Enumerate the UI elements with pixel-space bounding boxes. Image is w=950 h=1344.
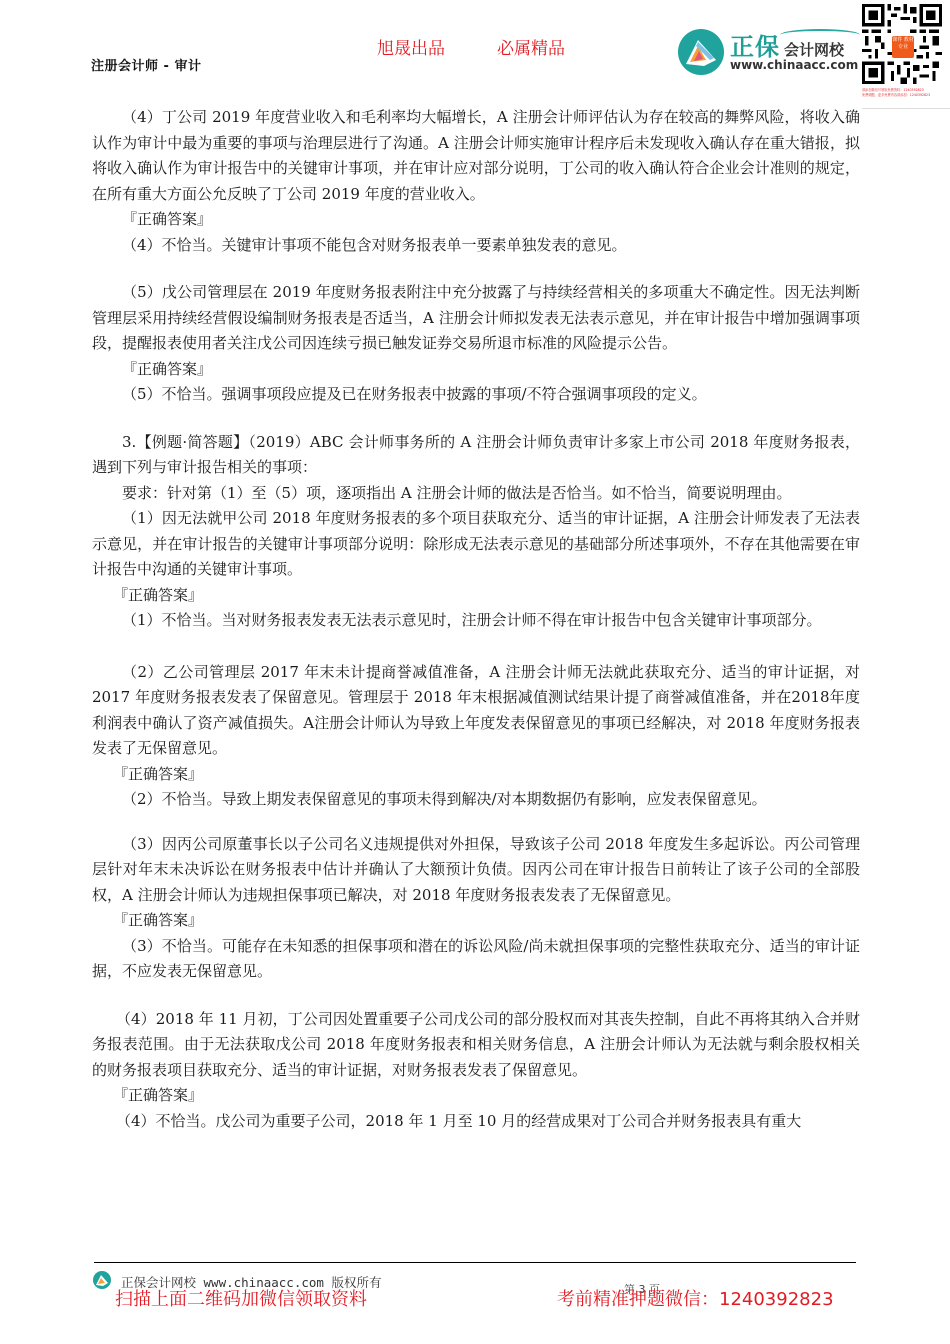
answer-text: （3）不恰当。可能存在未知悉的担保事项和潜在的诉讼风险/尚未就担保事项的完整性获… (92, 934, 860, 985)
question-text: （4）丁公司 2019 年度营业收入和毛利率均大幅增长，A 注册会计师评估认为存… (92, 105, 860, 207)
question-text: （2）乙公司管理层 2017 年末未计提商誉减值准备，A 注册会计师无法就此获取… (92, 660, 860, 762)
footer-logo-icon (93, 1271, 111, 1289)
question-text: （5）戊公司管理层在 2019 年度财务报表附注中充分披露了与持续经营相关的多项… (92, 280, 860, 357)
footer-promo-right: 考前精准押题微信：1240392823 (557, 1285, 834, 1311)
answer-text: （2）不恰当。导致上期发表保留意见的事项未得到解决/对本期数据仍有影响，应发表保… (92, 787, 860, 813)
answer-text: （4）不恰当。戊公司为重要子公司，2018 年 1 月至 10 月的经营成果对丁… (92, 1109, 860, 1135)
spacer (92, 985, 860, 1007)
footer-divider (94, 1262, 856, 1263)
answer-label: 『正确答案』 (92, 207, 860, 233)
footer-promo-left: 扫描上面二维码加微信领取资料 (115, 1285, 367, 1311)
brand-name-big: 正保 (730, 33, 780, 61)
answer-label: 『正确答案』 (92, 1083, 860, 1109)
answer-label: 『正确答案』 (92, 357, 860, 383)
example-title: 3.【例题·简答题】（2019）ABC 会计师事务所的 A 注册会计师负责审计多… (92, 430, 860, 481)
spacer (92, 258, 860, 280)
header-slogan-right: 必属精品 (497, 34, 565, 59)
answer-text: （4）不恰当。关键审计事项不能包含对财务报表单一要素单独发表的意见。 (92, 233, 860, 259)
answer-label: 『正确答案』 (92, 762, 860, 788)
brand-name: 正保会计网校 (730, 27, 844, 62)
qr-divider (862, 108, 950, 109)
answer-label: 『正确答案』 (92, 583, 860, 609)
brand-logo-icon (678, 29, 724, 75)
brand-name-small: 会计网校 (784, 41, 844, 59)
answer-text: （1）不恰当。当对财务报表发表无法表示意见时，注册会计师不得在审计报告中包含关键… (92, 608, 860, 634)
qr-center-badge: 课件 教材 专业 (892, 36, 914, 58)
question-text: （4）2018 年 11 月初，丁公司因处置重要子公司戊公司的部分股权而对其丧失… (92, 1007, 860, 1084)
qr-note-line2: 免费刷题、更多免费内容请添加：1240392823 (862, 93, 948, 98)
brand-logo[interactable]: 正保会计网校 www.chinaacc.com (678, 27, 858, 77)
brand-url[interactable]: www.chinaacc.com (730, 58, 858, 72)
header-subject: 注册会计师 - 审计 (91, 55, 201, 74)
header-slogan-left: 旭晟出品 (377, 34, 445, 59)
document-body: （4）丁公司 2019 年度营业收入和毛利率均大幅增长，A 注册会计师评估认为存… (92, 105, 860, 1134)
question-text: （3）因丙公司原董事长以子公司名义违规提供对外担保，导致该子公司 2018 年度… (92, 832, 860, 909)
qr-code[interactable]: 课件 教材 专业 (862, 4, 942, 84)
requirement-text: 要求：针对第（1）至（5）项，逐项指出 A 注册会计师的做法是否恰当。如不恰当，… (92, 481, 860, 507)
spacer (92, 634, 860, 660)
spacer (92, 408, 860, 430)
answer-text: （5）不恰当。强调事项段应提及已在财务报表中披露的事项/不符合强调事项段的定义。 (92, 382, 860, 408)
question-text: （1）因无法就甲公司 2018 年度财务报表的多个项目获取充分、适当的审计证据，… (92, 506, 860, 583)
spacer (92, 813, 860, 832)
qr-note: 请添加微信号领取免费资料：1240392823 免费刷题、更多免费内容请添加：1… (862, 88, 948, 98)
answer-label: 『正确答案』 (92, 908, 860, 934)
